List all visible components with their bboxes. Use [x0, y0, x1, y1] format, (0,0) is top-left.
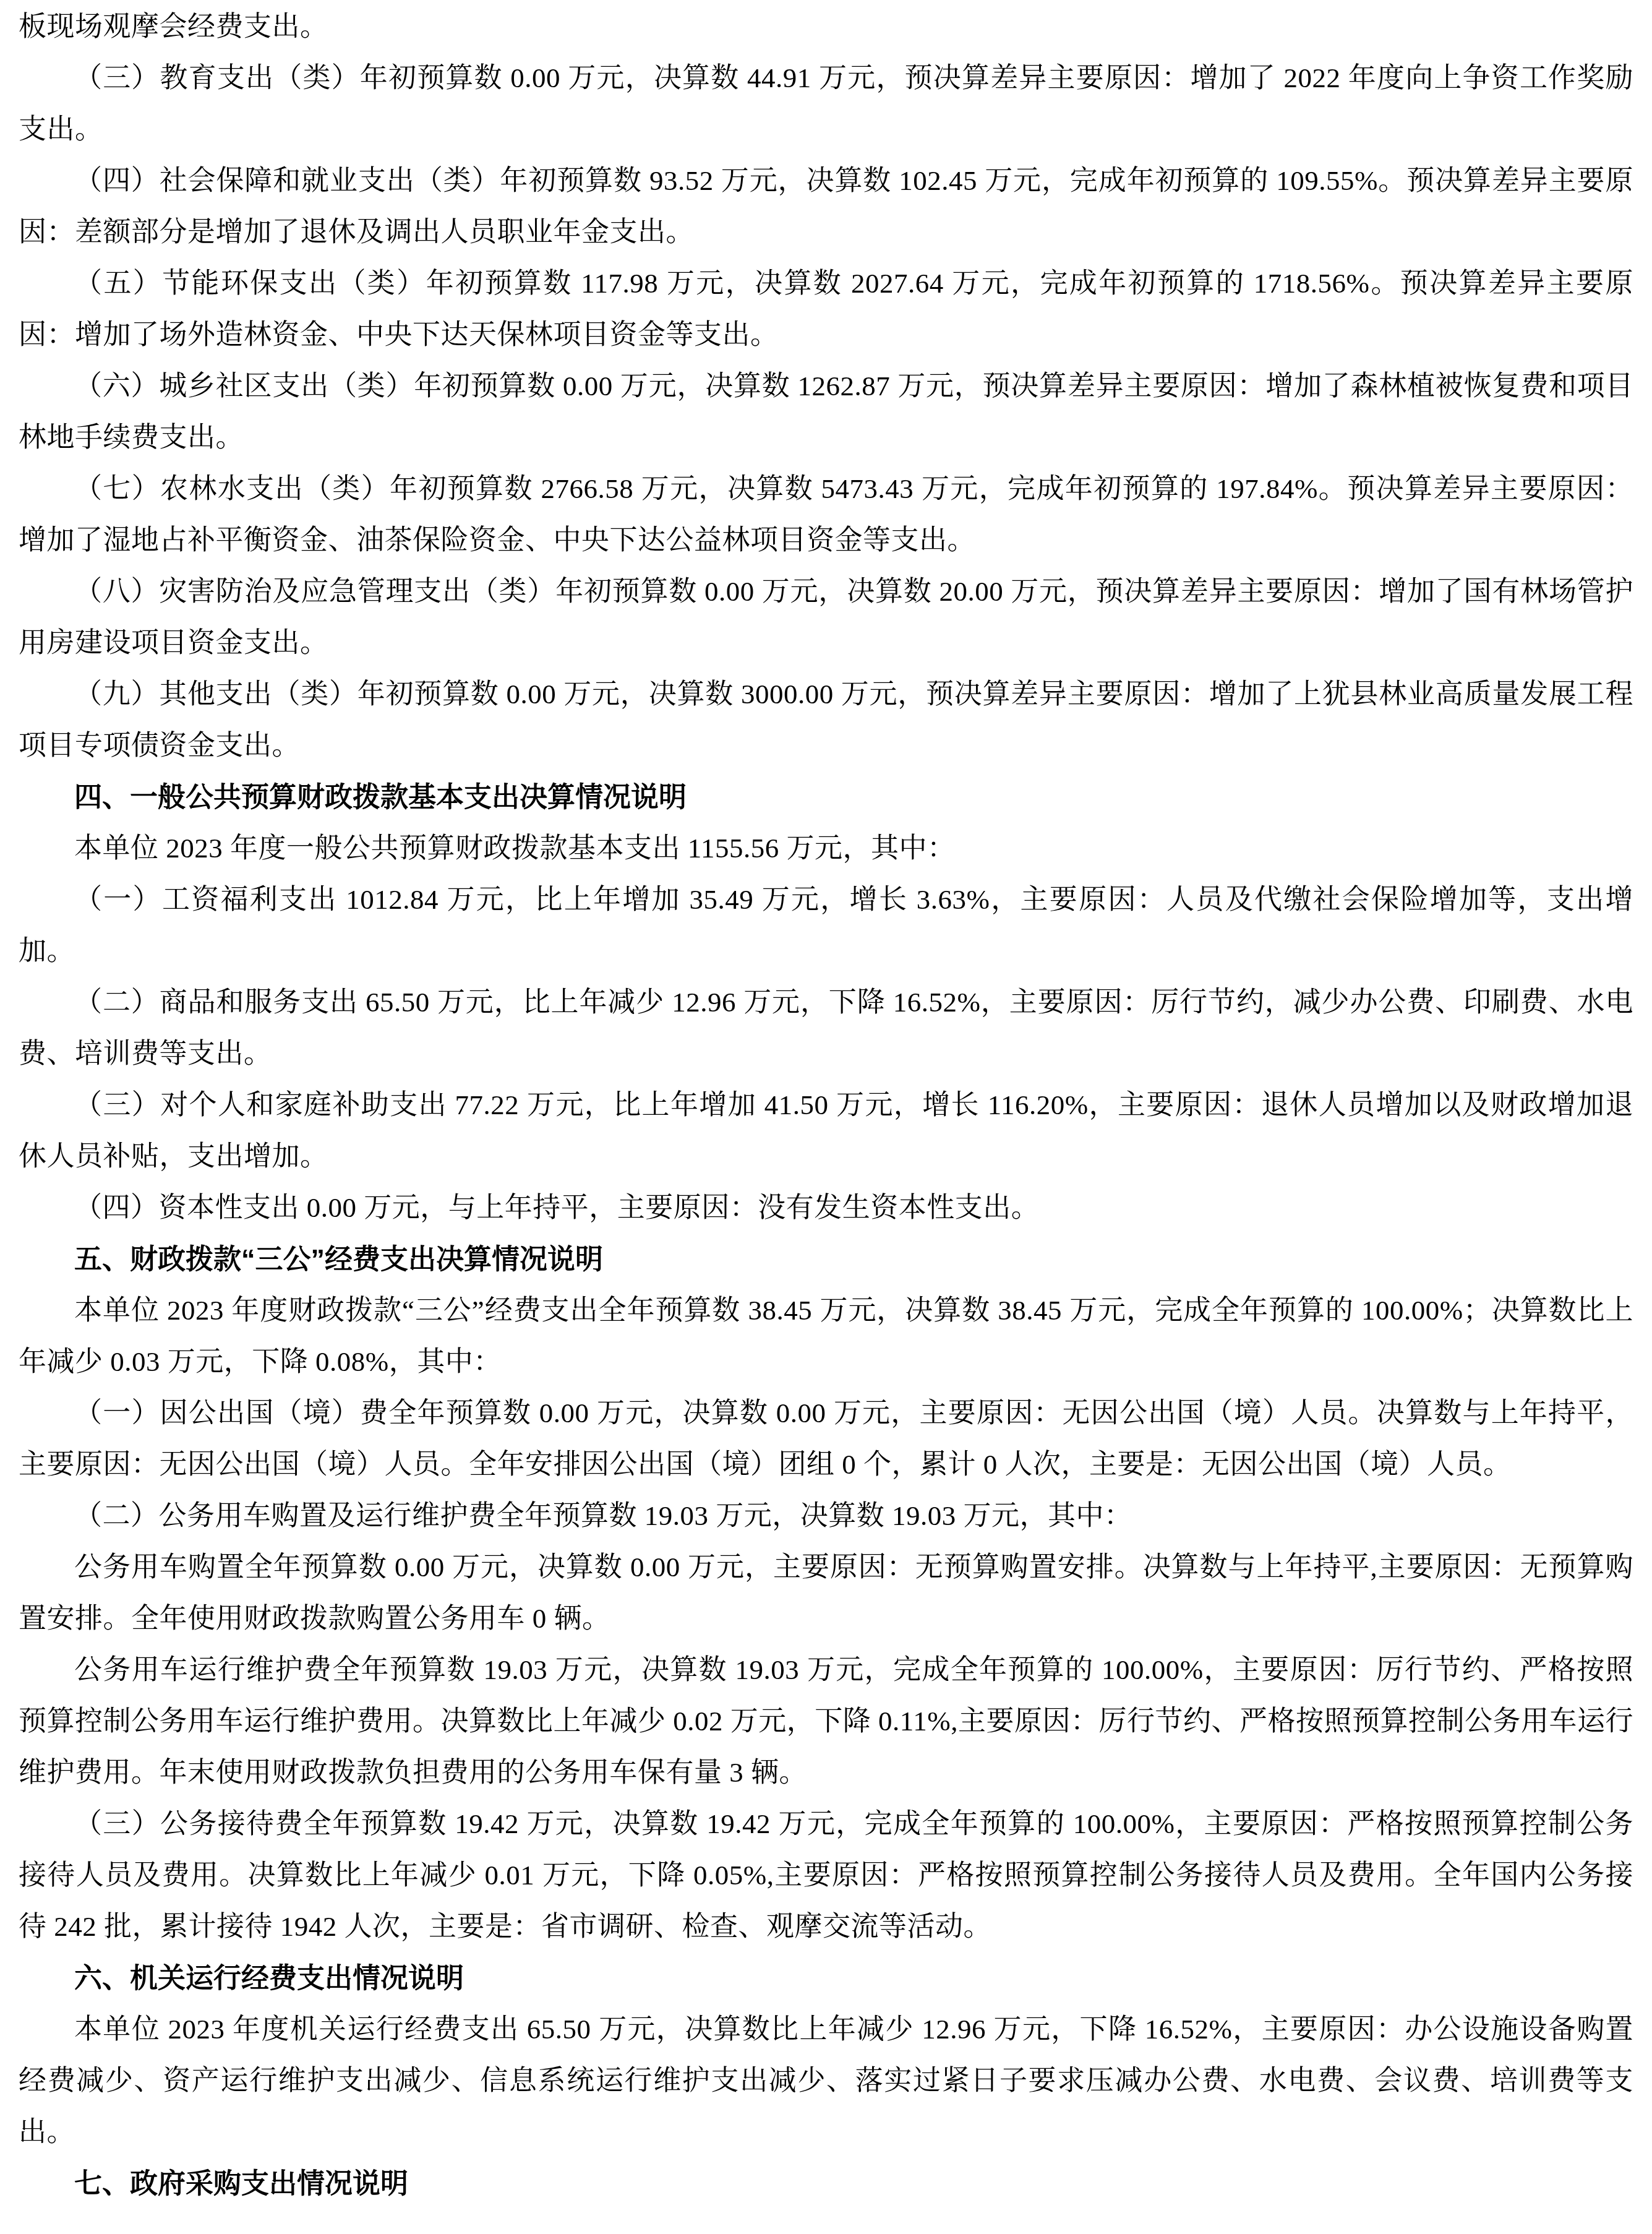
heading-section-5-three-public-funds: 五、财政拨款“三公”经费支出决算情况说明 — [19, 1234, 1633, 1285]
paragraph-agriculture-forestry-water-expenditure: （七）农林水支出（类）年初预算数 2766.58 万元，决算数 5473.43 … — [19, 463, 1633, 566]
heading-section-7-government-procurement: 七、政府采购支出情况说明 — [19, 2158, 1633, 2209]
paragraph-urban-rural-community-expenditure: （六）城乡社区支出（类）年初预算数 0.00 万元，决算数 1262.87 万元… — [19, 361, 1633, 463]
paragraph-wage-welfare-expenditure: （一）工资福利支出 1012.84 万元，比上年增加 35.49 万元，增长 3… — [19, 874, 1633, 977]
paragraph-energy-conservation-expenditure: （五）节能环保支出（类）年初预算数 117.98 万元，决算数 2027.64 … — [19, 258, 1633, 361]
paragraph-three-public-funds-total: 本单位 2023 年度财政拨款“三公”经费支出全年预算数 38.45 万元，决算… — [19, 1285, 1633, 1388]
paragraph-vehicle-purchase: 公务用车购置全年预算数 0.00 万元，决算数 0.00 万元，主要原因：无预算… — [19, 1542, 1633, 1644]
paragraph-basic-expenditure-total: 本单位 2023 年度一般公共预算财政拨款基本支出 1155.56 万元，其中： — [19, 823, 1633, 874]
paragraph-agency-operating-expenditure: 本单位 2023 年度机关运行经费支出 65.50 万元，决算数比上年减少 12… — [19, 2004, 1633, 2158]
paragraph-overseas-travel-expense: （一）因公出国（境）费全年预算数 0.00 万元，决算数 0.00 万元，主要原… — [19, 1388, 1633, 1490]
paragraph-official-reception-expense: （三）公务接待费全年预算数 19.42 万元，决算数 19.42 万元，完成全年… — [19, 1798, 1633, 1953]
paragraph-capital-expenditure: （四）资本性支出 0.00 万元，与上年持平，主要原因：没有发生资本性支出。 — [19, 1182, 1633, 1234]
paragraph-other-expenditure: （九）其他支出（类）年初预算数 0.00 万元，决算数 3000.00 万元，预… — [19, 669, 1633, 771]
paragraph-social-security-expenditure: （四）社会保障和就业支出（类）年初预算数 93.52 万元，决算数 102.45… — [19, 155, 1633, 258]
paragraph-official-vehicle-total: （二）公务用车购置及运行维护费全年预算数 19.03 万元，决算数 19.03 … — [19, 1490, 1633, 1542]
paragraph-vehicle-maintenance: 公务用车运行维护费全年预算数 19.03 万元，决算数 19.03 万元，完成全… — [19, 1644, 1633, 1798]
paragraph-individual-family-subsidy: （三）对个人和家庭补助支出 77.22 万元，比上年增加 41.50 万元，增长… — [19, 1080, 1633, 1182]
heading-section-4-basic-expenditure: 四、一般公共预算财政拨款基本支出决算情况说明 — [19, 771, 1633, 823]
paragraph-continuation: 板现场观摩会经费支出。 — [19, 1, 1633, 53]
document-page: 板现场观摩会经费支出。 （三）教育支出（类）年初预算数 0.00 万元，决算数 … — [0, 0, 1652, 2234]
paragraph-education-expenditure: （三）教育支出（类）年初预算数 0.00 万元，决算数 44.91 万元，预决算… — [19, 53, 1633, 155]
paragraph-disaster-prevention-expenditure: （八）灾害防治及应急管理支出（类）年初预算数 0.00 万元，决算数 20.00… — [19, 566, 1633, 669]
heading-section-6-agency-operating-funds: 六、机关运行经费支出情况说明 — [19, 1953, 1633, 2004]
paragraph-goods-services-expenditure: （二）商品和服务支出 65.50 万元，比上年减少 12.96 万元，下降 16… — [19, 977, 1633, 1080]
